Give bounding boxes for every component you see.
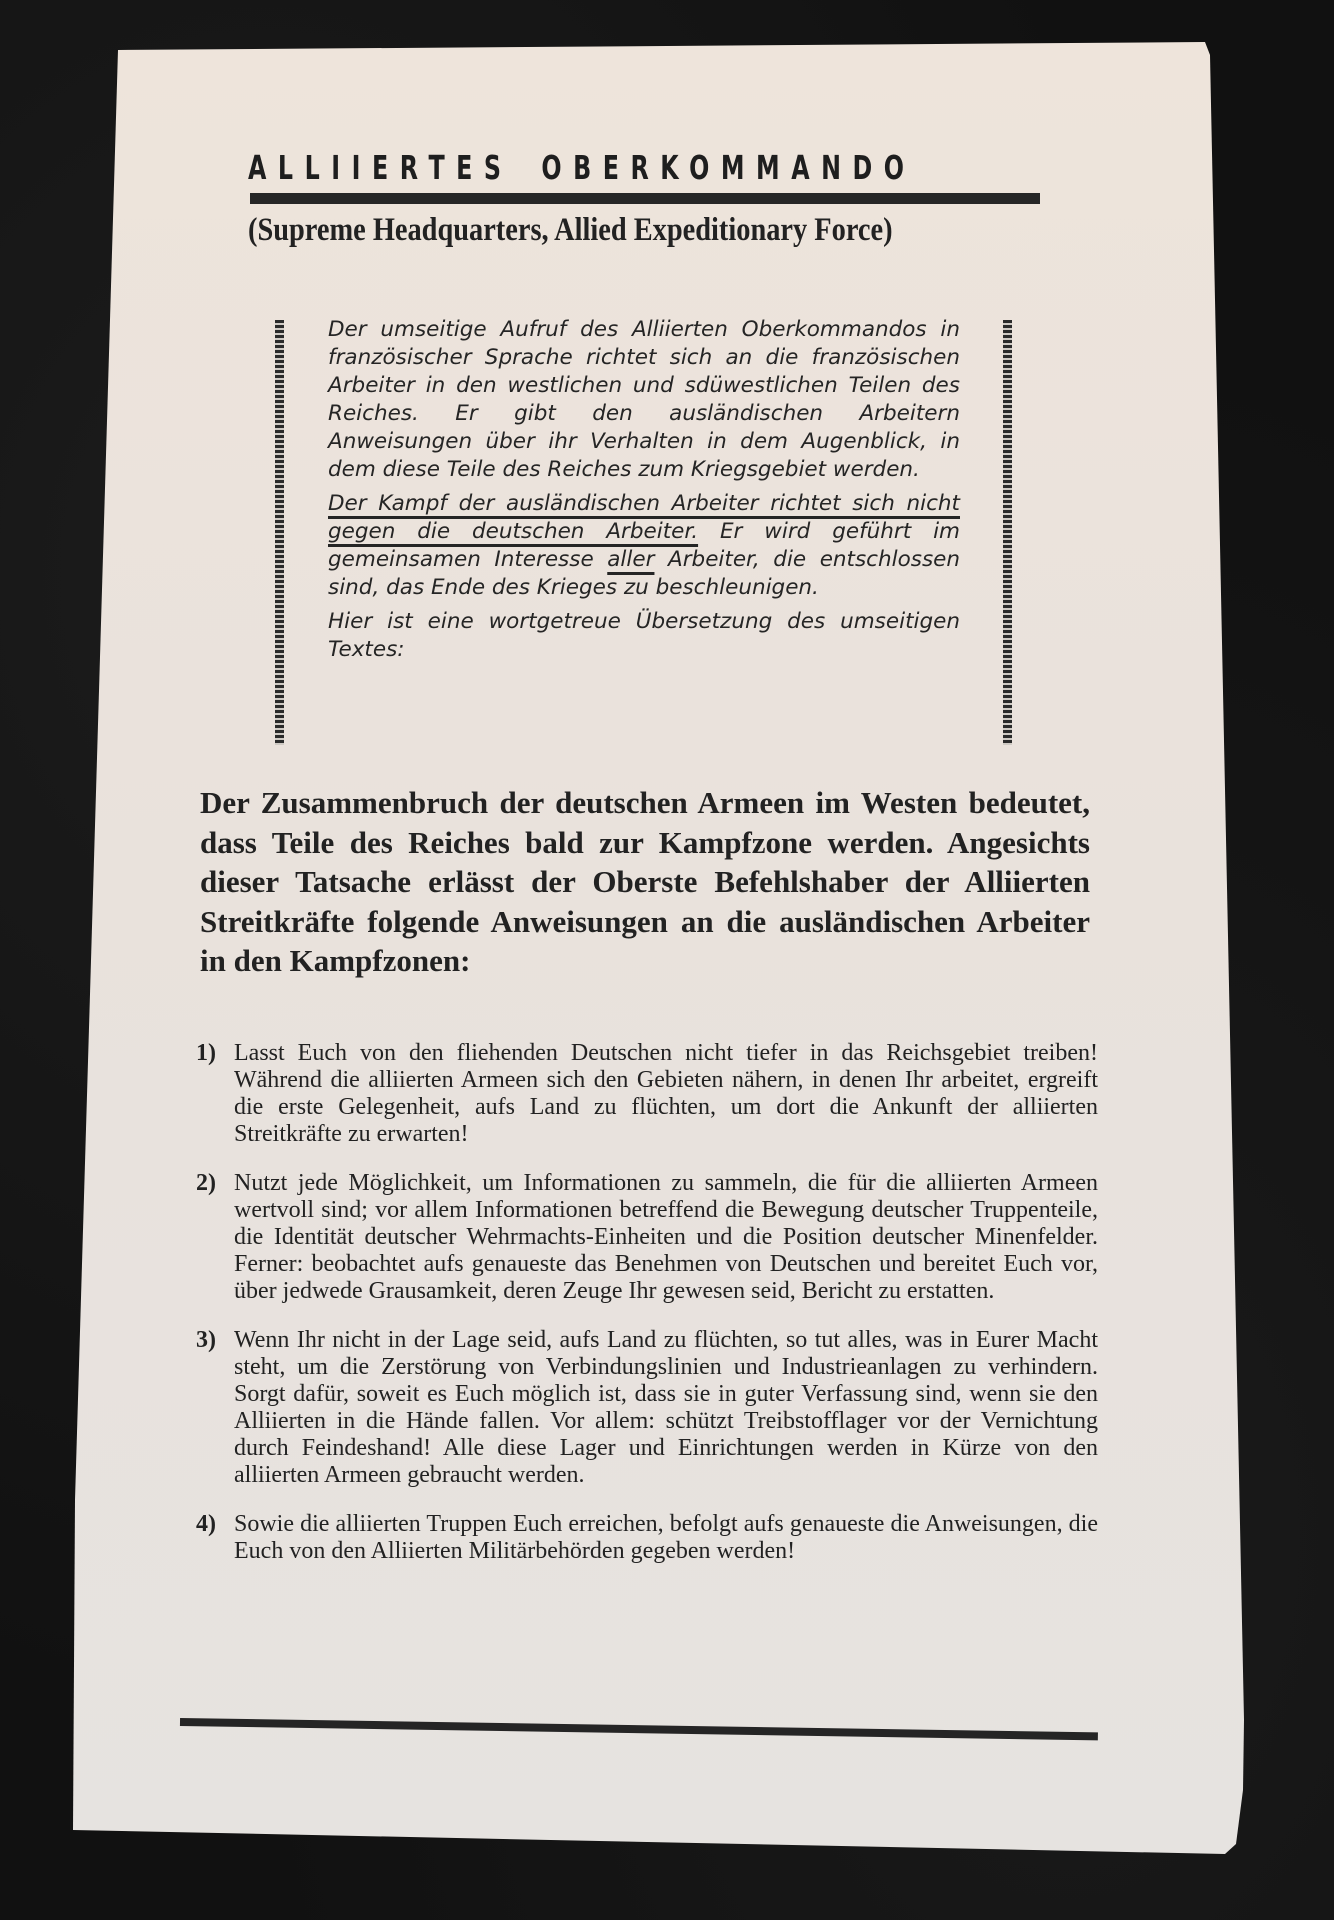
title-rule	[250, 193, 1040, 204]
title-word-1: ALLIIERTES	[248, 148, 513, 187]
title-word-2: OBERKOMMANDO	[541, 148, 915, 187]
notice-paragraph-2: Der Kampf der ausländischen Arbeiter ric…	[328, 490, 960, 602]
notice-paragraph-3: Hier ist eine wortgetreue Übersetzung de…	[328, 608, 960, 664]
instruction-item: 4) Sowie die alliierten Truppen Euch err…	[196, 1511, 1098, 1565]
instruction-list: 1) Lasst Euch von den fliehenden Deutsch…	[196, 1040, 1098, 1587]
item-text: Nutzt jede Möglichkeit, um Informationen…	[234, 1170, 1098, 1305]
instruction-item: 3) Wenn Ihr nicht in der Lage seid, aufs…	[196, 1327, 1098, 1489]
item-number: 4)	[196, 1511, 234, 1565]
box-border-left	[275, 320, 284, 745]
box-border-right	[1003, 320, 1012, 745]
instruction-item: 1) Lasst Euch von den fliehenden Deutsch…	[196, 1040, 1098, 1148]
item-number: 2)	[196, 1170, 234, 1305]
emphasis-aller: aller	[607, 547, 654, 572]
item-number: 3)	[196, 1327, 234, 1489]
item-text: Lasst Euch von den fliehenden Deutschen …	[234, 1040, 1098, 1148]
boxed-notice: Der umseitige Aufruf des Alliierten Ober…	[328, 316, 960, 664]
leaflet-title: ALLIIERTESOBERKOMMANDO	[248, 148, 817, 187]
leaflet-paper: ALLIIERTESOBERKOMMANDO (Supreme Headquar…	[0, 0, 1334, 1920]
leaflet-subtitle: (Supreme Headquarters, Allied Expedition…	[248, 212, 936, 249]
item-number: 1)	[196, 1040, 234, 1148]
notice-paragraph-1: Der umseitige Aufruf des Alliierten Ober…	[328, 316, 960, 484]
item-text: Wenn Ihr nicht in der Lage seid, aufs La…	[234, 1327, 1098, 1489]
item-text: Sowie die alliierten Truppen Euch erreic…	[234, 1511, 1098, 1565]
instruction-item: 2) Nutzt jede Möglichkeit, um Informatio…	[196, 1170, 1098, 1305]
bottom-rule	[180, 1718, 1098, 1740]
main-paragraph: Der Zusammenbruch der deutschen Armeen i…	[200, 783, 1090, 981]
